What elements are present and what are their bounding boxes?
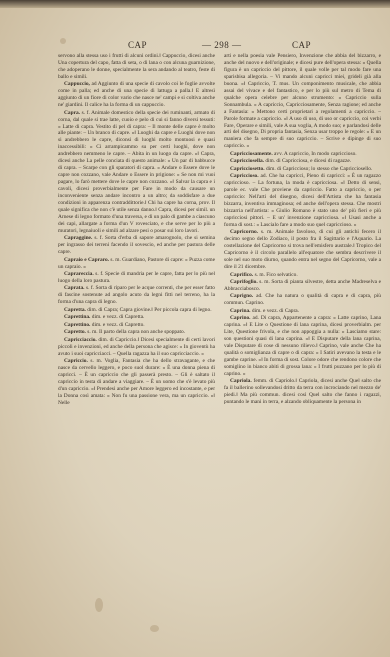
scan-top-edge [0, 0, 390, 8]
paper-stain [150, 625, 159, 632]
dictionary-entry: Caprettina. dim. e vezz. di Capretta. [58, 314, 215, 321]
dictionary-entry: Capriola. femm. di Capriolo.‖ Capriola, … [224, 378, 381, 406]
dictionary-entry: Capricciosella. dim. di Capricciosa, e d… [224, 158, 381, 165]
running-head-left: CAP [128, 40, 147, 50]
entry-definition: s. f. Animale domestico della specie dei… [58, 110, 215, 234]
entry-definition: s. m. Voglia, Fantasia che ha dello stra… [58, 358, 215, 406]
entry-headword: Caprifico. [230, 272, 253, 278]
dictionary-entry: Caprigno. ad. Che ha natura o qualità di… [224, 293, 381, 307]
entry-definition: dim. di Capricciosa, e dicesi di ragazze… [265, 158, 351, 164]
dictionary-entry: Caprifico. s. m. Fico selvatico. [224, 272, 381, 279]
entry-definition: dim. e vezz. di Capretta. [92, 314, 145, 320]
entry-headword: Capretta. [64, 307, 86, 313]
entry-headword: Capriccioso. [230, 173, 259, 179]
entry-definition: ad. Che ha capricci, Pieno di capricci: … [224, 173, 381, 228]
entry-headword: Capricciosetto. [230, 166, 265, 172]
entry-headword: Caprata. [64, 285, 85, 291]
right-column: arti e nella poesia vale Pensiero, Inven… [224, 53, 381, 407]
dictionary-entry: Capricciosetto. dim. di Capriccioso; lo … [224, 166, 381, 173]
dictionary-entry: Capraggine. s. f. Sorta d'erba di sapore… [58, 235, 215, 256]
entry-headword: Caprettino. [64, 322, 90, 328]
entry-definition: dim. e vezz. di Capra. [252, 308, 299, 314]
dictionary-entry: Capra. s. f. Animale domestico della spe… [58, 110, 215, 235]
dictionary-entry: Capraio e Capraro. s. m. Guardiano, Past… [58, 257, 215, 271]
dictionary-entry: servono alla stessa uso i frutti di alcu… [58, 53, 215, 81]
dictionary-entry: Caprifoglio. s. m. Sorta di pianta silve… [224, 279, 381, 293]
left-column: servono alla stessa uso i frutti di alcu… [58, 53, 215, 407]
entry-headword: Capretto. [64, 329, 86, 335]
entry-definition: s. m. Fico selvatico. [255, 272, 298, 278]
entry-definition: dim. e vezz. di Capretto. [92, 322, 145, 328]
dictionary-entry: Caprettino. dim. e vezz. di Capretto. [58, 322, 215, 329]
entry-headword: Caprino. [230, 315, 251, 321]
dictionary-entry: Caprata. s. f. Sorta di riparo per le ac… [58, 285, 215, 306]
entry-definition: dim. di Capra; Capra giovine.‖ Per picco… [87, 307, 211, 313]
dictionary-entry: Capricorno. s. m. Animale favoloso, di c… [224, 229, 381, 271]
entry-headword: Capra. [64, 110, 80, 116]
entry-headword: Caprigno. [230, 293, 253, 299]
running-header: CAP — 298 — CAP [60, 40, 370, 54]
entry-definition: ad. Di capra, Appartenente a capra: « La… [224, 315, 381, 377]
running-head-right: CAP [292, 40, 311, 50]
dictionary-entry: Capriccio. s. m. Voglia, Fantasia che ha… [58, 358, 215, 407]
entry-headword: Capraggine. [64, 235, 92, 241]
dictionary-entry: Caprareccia. s. f. Specie di mandria per… [58, 271, 215, 285]
entry-definition: s. m. Il parto della capra non anche spo… [87, 329, 185, 335]
entry-headword: Capricciaccio. [64, 337, 97, 343]
entry-definition: servono alla stessa uso i frutti di alcu… [58, 53, 215, 80]
dictionary-entry: Capricciaccio. dim. di Capriccio.‖ Dices… [58, 337, 215, 358]
entry-definition: arti e nella poesia vale Pensiero, Inven… [224, 53, 381, 149]
entry-headword: Caprifoglio. [230, 279, 258, 285]
dictionary-entry: Capriccioso. ad. Che ha capricci, Pieno … [224, 173, 381, 229]
entry-headword: Capriola. [230, 378, 252, 384]
dictionary-entry: Caprina. dim. e vezz. di Capra. [224, 308, 381, 315]
dictionary-entry: Cappuccio, ad Aggiunto di una specie di … [58, 81, 215, 109]
page-number: — 298 — [202, 40, 242, 50]
entry-definition: avv. A capriccio, In modo capriccioso. [274, 151, 357, 157]
entry-definition: s. m. Animale favoloso, di cui gli antic… [224, 229, 381, 270]
dictionary-entry: Capretta. dim. di Capra; Capra giovine.‖… [58, 307, 215, 314]
paper-stain [95, 598, 103, 612]
entry-headword: Capricciosamente. [230, 151, 273, 157]
dictionary-entry: Capricciosamente. avv. A capriccio, In m… [224, 151, 381, 158]
dictionary-entry: Capretto. s. m. Il parto della capra non… [58, 329, 215, 336]
entry-headword: Caprettina. [64, 314, 90, 320]
entry-headword: Cappuccio, [64, 81, 90, 87]
entry-headword: Capricorno. [230, 229, 258, 235]
dictionary-entry: Caprino. ad. Di capra, Appartenente a ca… [224, 315, 381, 378]
entry-headword: Capricciosella. [230, 158, 264, 164]
entry-headword: Caprina. [230, 308, 251, 314]
entry-headword: Capraio e Capraro. [64, 257, 109, 263]
dictionary-entry: arti e nella poesia vale Pensiero, Inven… [224, 53, 381, 150]
entry-headword: Caprareccia. [64, 271, 94, 277]
entry-definition: dim. di Capriccioso; lo stesso che Capri… [266, 166, 372, 172]
entry-headword: Capriccio. [64, 358, 88, 364]
